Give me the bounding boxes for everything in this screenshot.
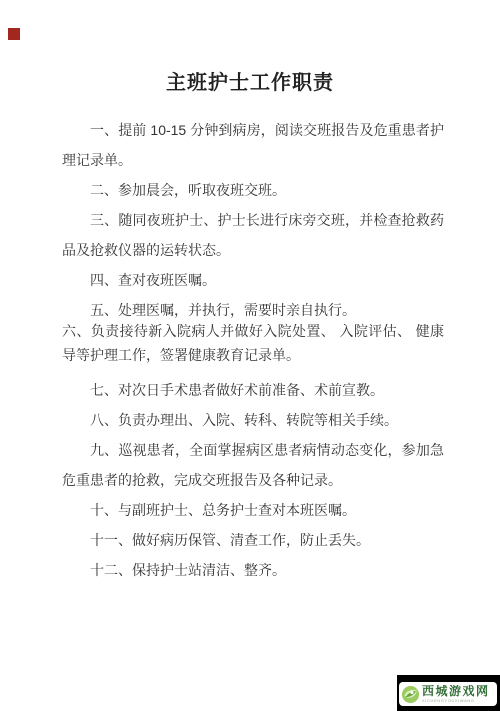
text-line: 理记录单。	[62, 145, 444, 175]
watermark-chip: 西城游戏网 XICHENGYOUXIWANG	[399, 682, 497, 706]
list-item: 二、参加晨会，听取夜班交班。	[62, 175, 444, 205]
text-line: 七、对次日手术患者做好术前准备、术前宣教。	[62, 375, 444, 405]
text-line: 九、巡视患者，全面掌握病区患者病情动态变化，参加急	[62, 435, 444, 465]
list-item: 十、与副班护士、总务护士查对本班医嘱。	[62, 495, 444, 525]
watermark-subtext: XICHENGYOUXIWANG	[422, 698, 490, 703]
list-item: 十二、保持护士站清洁、整齐。	[62, 555, 444, 585]
text-line: 导等护理工作，签署健康教育记录单。	[62, 343, 444, 367]
text-line: 危重患者的抢救，完成交班报告及各种记录。	[62, 465, 444, 495]
list-item: 六、负责接待新入院病人并做好入院处置、 入院评估、 健康指 导等护理工作，签署健…	[62, 319, 444, 367]
text-line: 八、负责办理出、入院、转科、转院等相关手续。	[62, 405, 444, 435]
text-line: 十、与副班护士、总务护士查对本班医嘱。	[62, 495, 444, 525]
list-item: 七、对次日手术患者做好术前准备、术前宣教。	[62, 375, 444, 405]
list-item: 八、负责办理出、入院、转科、转院等相关手续。	[62, 405, 444, 435]
list-item: 三、随同夜班护士、护士长进行床旁交班，并检查抢救药 品及抢救仪器的运转状态。	[62, 205, 444, 265]
text-line: 十二、保持护士站清洁、整齐。	[62, 555, 444, 585]
leaf-logo-icon	[401, 685, 420, 704]
text-line: 四、查对夜班医嘱。	[62, 265, 444, 295]
text-line: 六、负责接待新入院病人并做好入院处置、 入院评估、 健康指	[62, 319, 444, 343]
watermark-site-name: 西城游戏网	[422, 685, 490, 698]
document-body: 一、提前 10-15 分钟到病房，阅读交班报告及危重患者护 理记录单。 二、参加…	[62, 115, 444, 585]
list-item: 四、查对夜班医嘱。	[62, 265, 444, 295]
page-title: 主班护士工作职责	[0, 0, 500, 96]
list-item: 十一、做好病历保管、清查工作，防止丢失。	[62, 525, 444, 555]
watermark-text: 西城游戏网 XICHENGYOUXIWANG	[422, 685, 490, 703]
list-item: 一、提前 10-15 分钟到病房，阅读交班报告及危重患者护 理记录单。	[62, 115, 444, 175]
red-corner-mark-icon	[8, 28, 20, 40]
text-line: 一、提前 10-15 分钟到病房，阅读交班报告及危重患者护	[62, 115, 444, 145]
text-line: 二、参加晨会，听取夜班交班。	[62, 175, 444, 205]
list-item: 九、巡视患者，全面掌握病区患者病情动态变化，参加急 危重患者的抢救，完成交班报告…	[62, 435, 444, 495]
document-page: 主班护士工作职责 一、提前 10-15 分钟到病房，阅读交班报告及危重患者护 理…	[0, 0, 500, 711]
watermark: 西城游戏网 XICHENGYOUXIWANG	[397, 675, 500, 711]
text-line: 三、随同夜班护士、护士长进行床旁交班，并检查抢救药	[62, 205, 444, 235]
text-line: 十一、做好病历保管、清查工作，防止丢失。	[62, 525, 444, 555]
text-line: 品及抢救仪器的运转状态。	[62, 235, 444, 265]
